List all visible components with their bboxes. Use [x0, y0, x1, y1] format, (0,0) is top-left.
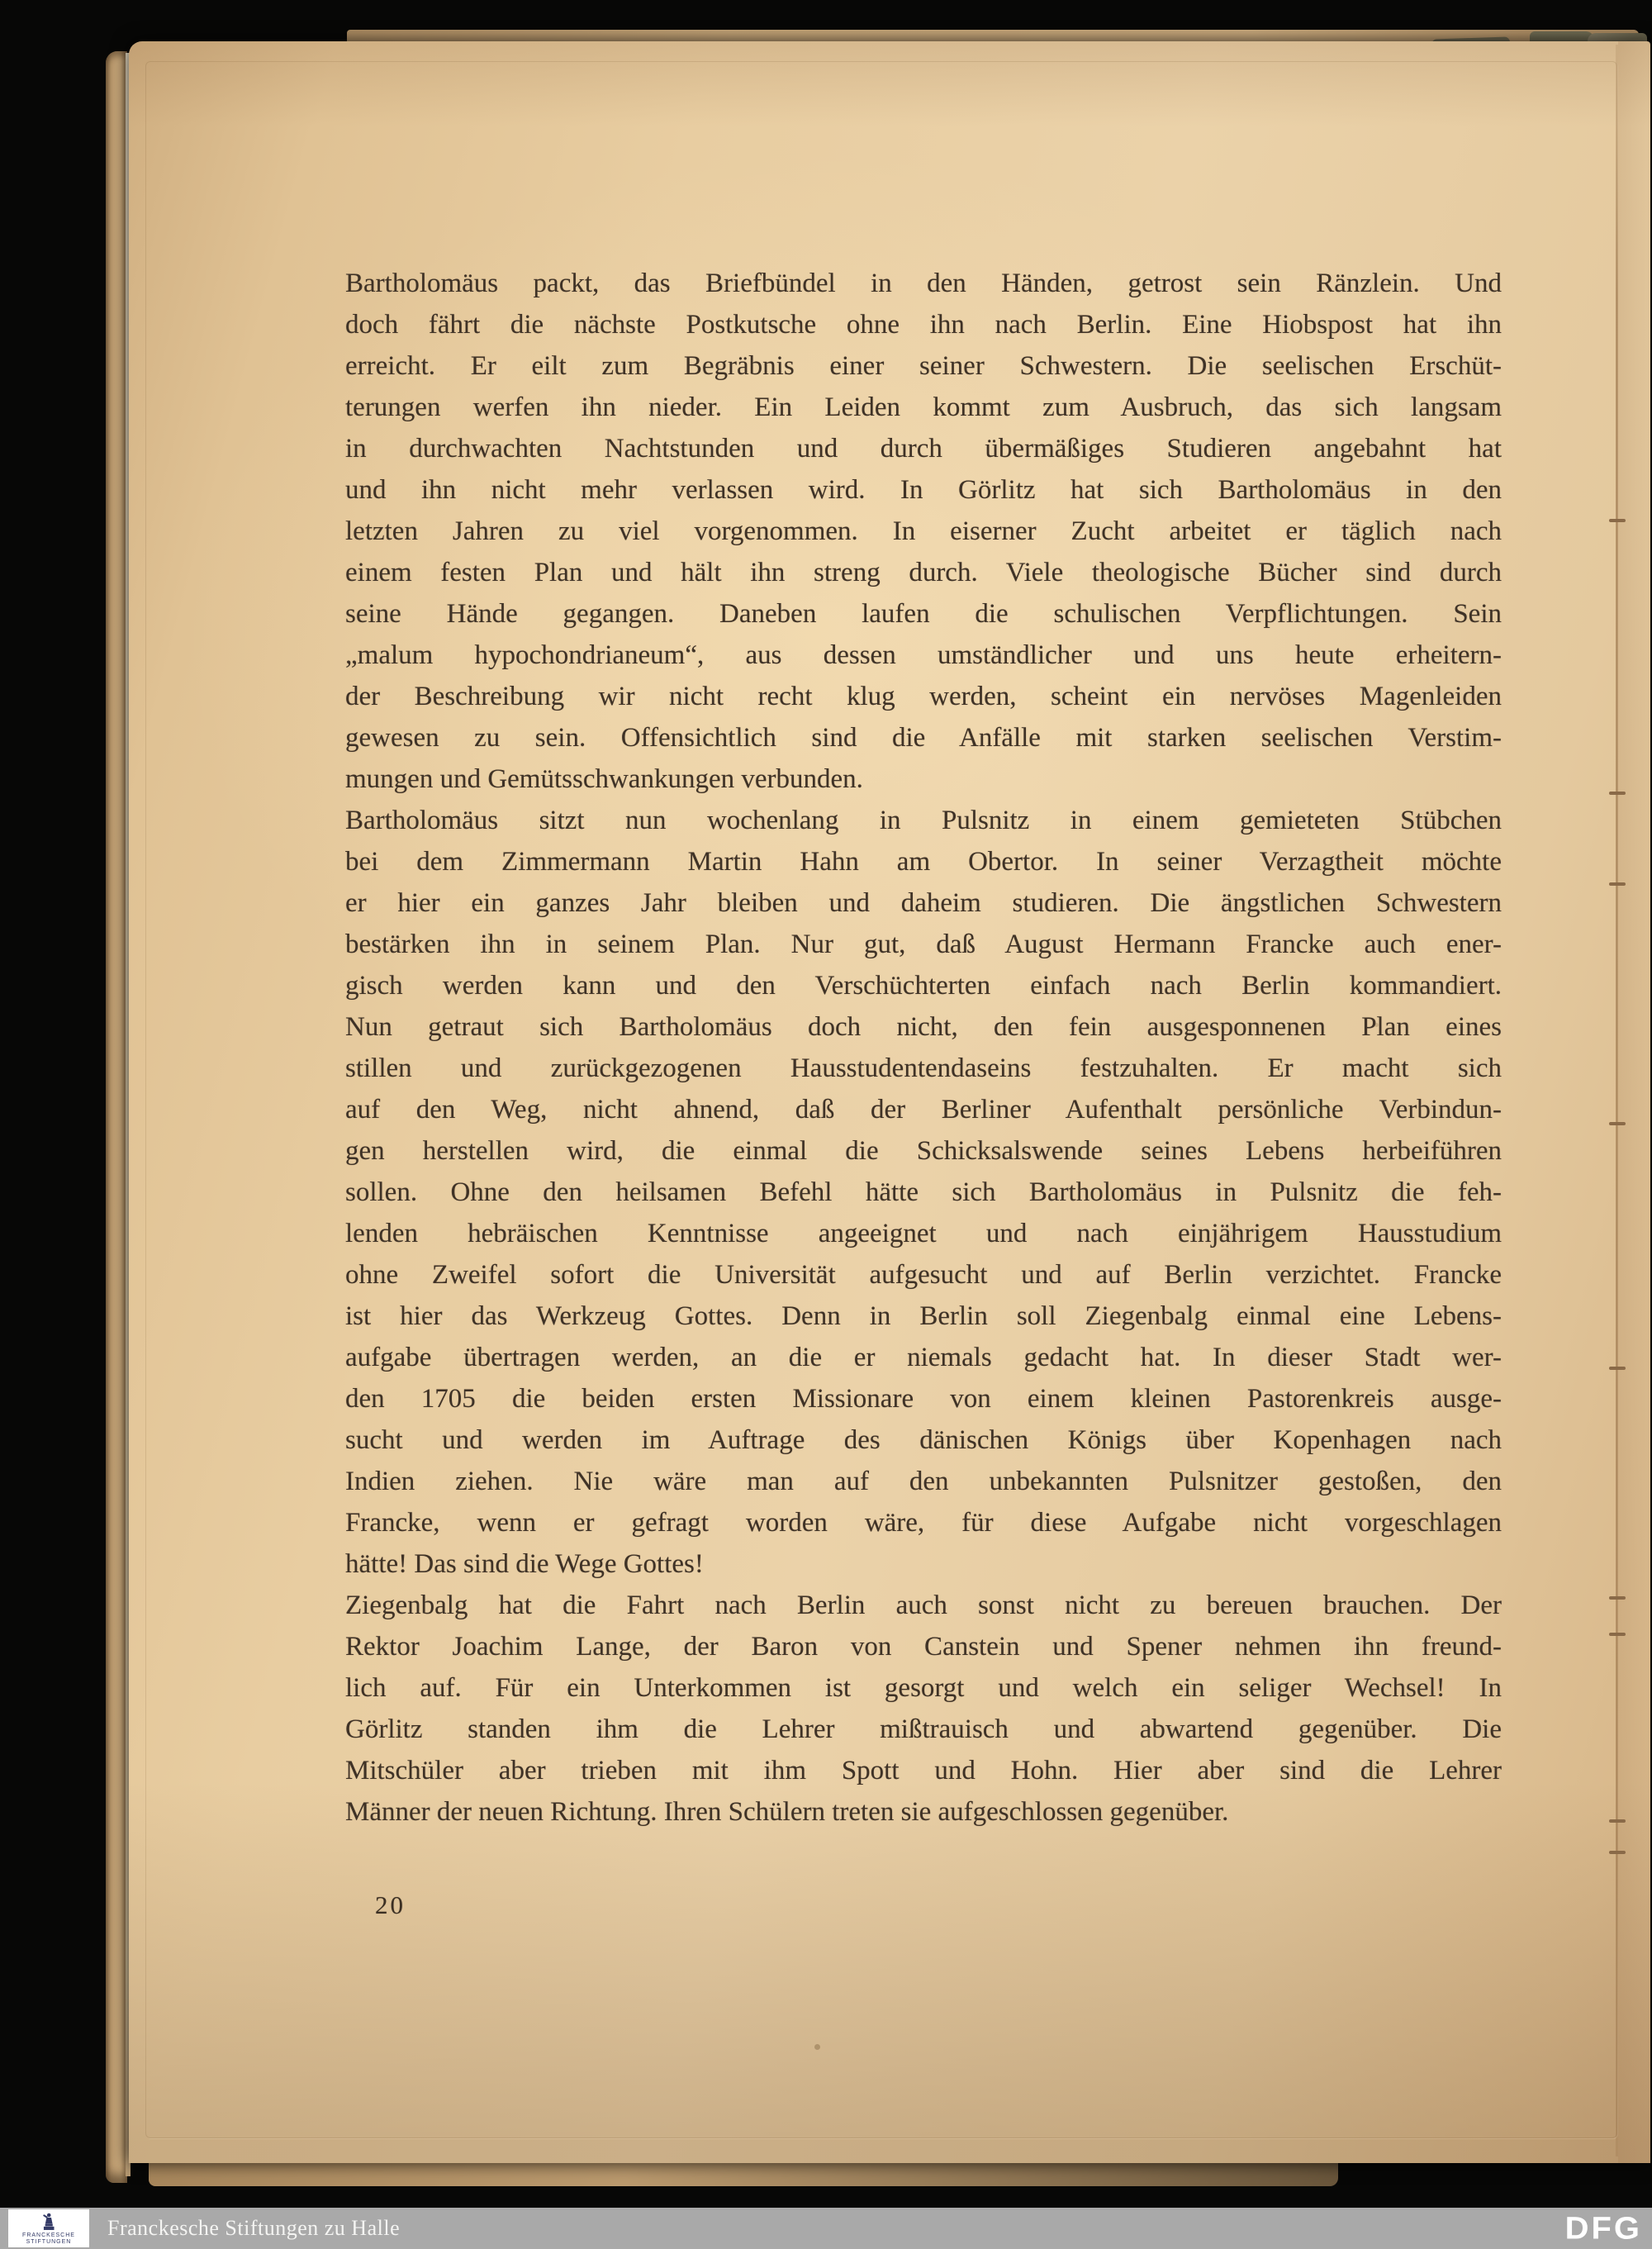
text-line: Indien ziehen. Nie wäre man auf den unbe…	[345, 1461, 1502, 1502]
text-line: stillen und zurückgezogenen Hausstudente…	[345, 1048, 1502, 1089]
text-line: lich auf. Für ein Unterkommen ist gesorg…	[345, 1667, 1502, 1709]
logo-caption: FRANCKESCHE STIFTUNGEN	[22, 2232, 75, 2246]
text-line: einem festen Plan und hält ihn streng du…	[345, 552, 1502, 593]
text-line: terungen werfen ihn nieder. Ein Leiden k…	[345, 387, 1502, 428]
gutter-shading	[1618, 41, 1650, 2163]
text-line: aufgabe übertragen werden, an die er nie…	[345, 1337, 1502, 1378]
text-line: Bartholomäus sitzt nun wochenlang in Pul…	[345, 800, 1502, 841]
text-line: gewesen zu sein. Offensichtlich sind die…	[345, 717, 1502, 758]
binding-stitch	[1609, 1367, 1626, 1370]
franckesche-stiftungen-logo[interactable]: FRANCKESCHE STIFTUNGEN	[8, 2209, 89, 2247]
text-line: Francke, wenn er gefragt worden wäre, fü…	[345, 1502, 1502, 1543]
text-line: sollen. Ohne den heilsamen Befehl hätte …	[345, 1172, 1502, 1213]
text-line: und ihn nicht mehr verlassen wird. In Gö…	[345, 469, 1502, 511]
text-line: mungen und Gemütsschwankungen verbunden.	[345, 758, 1502, 800]
binding-stitch	[1609, 882, 1626, 886]
text-line: auf den Weg, nicht ahnend, daß der Berli…	[345, 1089, 1502, 1130]
text-line: der Beschreibung wir nicht recht klug we…	[345, 676, 1502, 717]
scanned-book-page-photo: Bartholomäus packt, das Briefbündel in d…	[0, 0, 1652, 2249]
viewer-footer-bar: FRANCKESCHE STIFTUNGEN Franckesche Stift…	[0, 2208, 1652, 2249]
text-line: ist hier das Werkzeug Gottes. Denn in Be…	[345, 1296, 1502, 1337]
logo-caption-line2: STIFTUNGEN	[22, 2239, 75, 2246]
binding-crease	[1616, 45, 1618, 2156]
text-line: in durchwachten Nachtstunden und durch ü…	[345, 428, 1502, 469]
book-page: Bartholomäus packt, das Briefbündel in d…	[129, 41, 1650, 2163]
text-line: doch fährt die nächste Postkutsche ohne …	[345, 304, 1502, 345]
text-line: bei dem Zimmermann Martin Hahn am Oberto…	[345, 841, 1502, 882]
text-line: Görlitz standen ihm die Lehrer mißtrauis…	[345, 1709, 1502, 1750]
text-line: letzten Jahren zu viel vorgenommen. In e…	[345, 511, 1502, 552]
text-line: erreicht. Er eilt zum Begräbnis einer se…	[345, 345, 1502, 387]
binding-stitch	[1609, 519, 1626, 522]
text-line: sucht und werden im Auftrage des dänisch…	[345, 1419, 1502, 1461]
text-line: gisch werden kann und den Verschüchterte…	[345, 965, 1502, 1006]
library-name: Franckesche Stiftungen zu Halle	[107, 2208, 400, 2249]
binding-stitch	[1609, 1122, 1626, 1125]
page-text: Bartholomäus packt, das Briefbündel in d…	[345, 263, 1502, 1833]
text-line: gen herstellen wird, die einmal die Schi…	[345, 1130, 1502, 1172]
text-line: den 1705 die beiden ersten Missionare vo…	[345, 1378, 1502, 1419]
binding-stitch	[1609, 792, 1626, 795]
text-line: „malum hypochondrianeum“, aus dessen ums…	[345, 635, 1502, 676]
text-line: Männer der neuen Richtung. Ihren Schüler…	[345, 1791, 1502, 1833]
text-line: Ziegenbalg hat die Fahrt nach Berlin auc…	[345, 1585, 1502, 1626]
text-line: seine Hände gegangen. Daneben laufen die…	[345, 593, 1502, 635]
fox-spot	[814, 2044, 820, 2050]
text-line: er hier ein ganzes Jahr bleiben und dahe…	[345, 882, 1502, 924]
dfg-logo[interactable]: DFG	[1565, 2209, 1642, 2248]
text-line: Mitschüler aber trieben mit ihm Spott un…	[345, 1750, 1502, 1791]
francke-monument-icon	[38, 2211, 59, 2232]
text-line: Rektor Joachim Lange, der Baron von Cans…	[345, 1626, 1502, 1667]
binding-stitch	[1609, 1851, 1626, 1854]
page-number: 20	[375, 1890, 406, 1920]
binding-stitch	[1609, 1819, 1626, 1823]
binding-stitch	[1609, 1596, 1626, 1600]
text-line: lenden hebräischen Kenntnisse angeeignet…	[345, 1213, 1502, 1254]
binding-stitch	[1609, 1633, 1626, 1636]
text-line: Nun getraut sich Bartholomäus doch nicht…	[345, 1006, 1502, 1048]
logo-caption-line1: FRANCKESCHE	[22, 2232, 75, 2239]
text-line: hätte! Das sind die Wege Gottes!	[345, 1543, 1502, 1585]
text-line: Bartholomäus packt, das Briefbündel in d…	[345, 263, 1502, 304]
text-line: bestärken ihn in seinem Plan. Nur gut, d…	[345, 924, 1502, 965]
text-line: ohne Zweifel sofort die Universität aufg…	[345, 1254, 1502, 1296]
page-stack-fore-edge	[106, 51, 127, 2183]
